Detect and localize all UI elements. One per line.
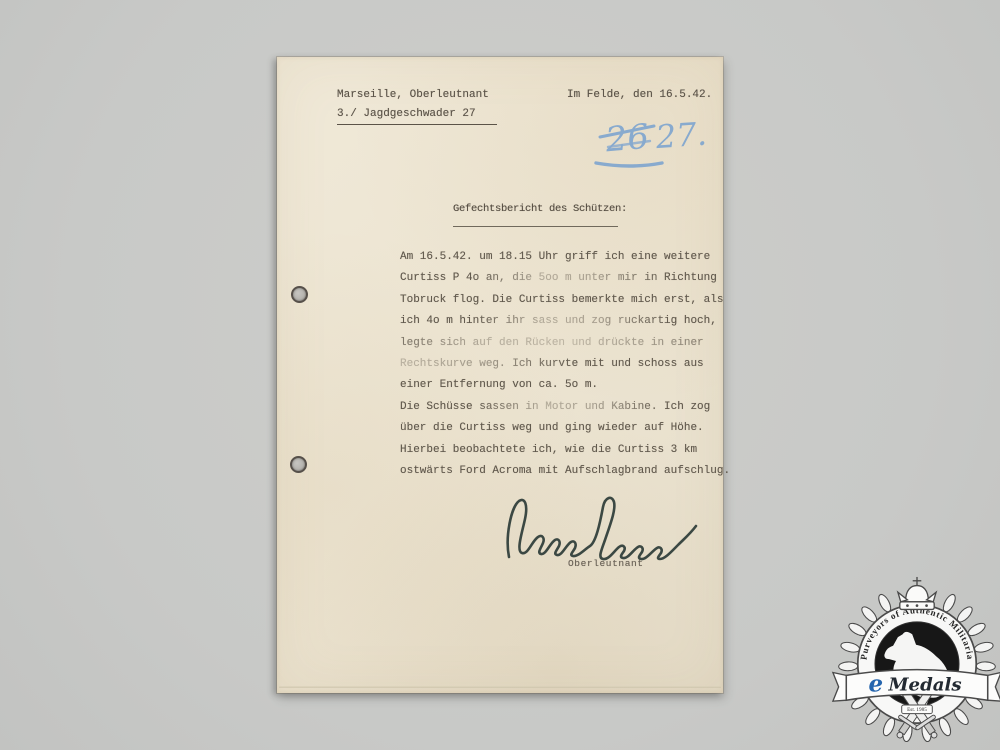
report-body: Am 16.5.42. um 18.15 Uhr griff ich eine … [400, 247, 720, 482]
body-line: einer Entfernung von ca. 5o m. [400, 375, 720, 396]
body-line: Curtiss P 4o an, die 5oo m unter mir in … [400, 268, 720, 289]
body-line: Hierbei beobachtete ich, wie die Curtiss… [400, 440, 720, 461]
emedals-watermark-logo: Purveyors of Authentic Militaria [831, 576, 1000, 748]
body-line: Am 16.5.42. um 18.15 Uhr griff ich eine … [400, 247, 720, 268]
pencil-number: 27. [654, 115, 707, 157]
body-line: Rechtskurve weg. Ich kurvte mit und scho… [400, 354, 720, 375]
signature-caption: Oberleutnant [568, 558, 644, 569]
document-page: Marseille, Oberleutnant 3./ Jagdgeschwad… [277, 57, 723, 693]
body-line: Die Schüsse sassen in Motor und Kabine. … [400, 397, 720, 418]
body-line: ostwärts Ford Acroma mit Aufschlagbrand … [400, 461, 720, 482]
pencil-underline [596, 163, 662, 166]
body-line: ich 4o m hinter ihr sass und zog ruckart… [400, 311, 720, 332]
body-line: Tobruck flog. Die Curtiss bemerkte mich … [400, 290, 720, 311]
pencil-crossed-number: 26 [603, 117, 651, 161]
header-author: Marseille, Oberleutnant [337, 89, 489, 101]
svg-text:e Medals: e Medals [869, 671, 962, 698]
pencil-annotation: 26 27. [592, 113, 707, 183]
header-unit: 3./ Jagdgeschwader 27 [337, 108, 497, 125]
signature-ink [501, 493, 706, 568]
crown-icon [898, 577, 936, 609]
brand-e: e [869, 671, 884, 698]
body-line: über die Curtiss weg und ging wieder auf… [400, 418, 720, 439]
body-line: legte sich auf den Rücken und drückte in… [400, 333, 720, 354]
punch-hole-top [291, 286, 308, 303]
brand-rest: Medals [887, 675, 961, 696]
punch-hole-bottom [290, 456, 307, 473]
title-underline [453, 226, 618, 227]
document-title: Gefechtsbericht des Schützen: [453, 203, 627, 215]
screenshot-canvas: Marseille, Oberleutnant 3./ Jagdgeschwad… [0, 0, 1000, 750]
established-text: Est. 1985 [907, 707, 927, 713]
header-dateline: Im Felde, den 16.5.42. [567, 89, 712, 101]
